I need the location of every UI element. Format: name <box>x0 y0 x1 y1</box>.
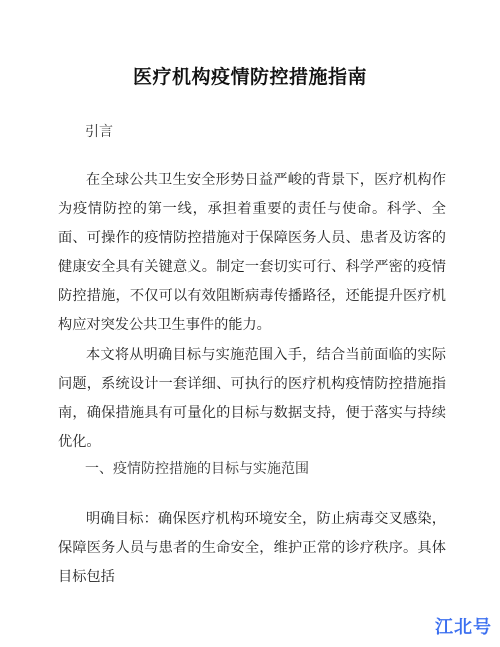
paragraph-intro-1: 在全球公共卫生安全形势日益严峻的背景下，医疗机构作为疫情防控的第一线，承担着重要… <box>58 166 446 340</box>
intro-heading: 引言 <box>85 121 113 141</box>
section-heading-1: 一、疫情防控措施的目标与实施范围 <box>85 458 309 478</box>
paragraph-section-1: 明确目标：确保医疗机构环境安全，防止病毒交叉感染，保障医务人员与患者的生命安全，… <box>58 505 446 592</box>
document-page: 医疗机构疫情防控措施指南 引言 在全球公共卫生安全形势日益严峻的背景下，医疗机构… <box>0 0 500 647</box>
paragraph-intro-2: 本文将从明确目标与实施范围入手，结合当前面临的实际问题，系统设计一套详细、可执行… <box>58 341 446 457</box>
watermark-logo: 江北号 <box>435 613 492 639</box>
document-title: 医疗机构疫情防控措施指南 <box>0 62 500 89</box>
